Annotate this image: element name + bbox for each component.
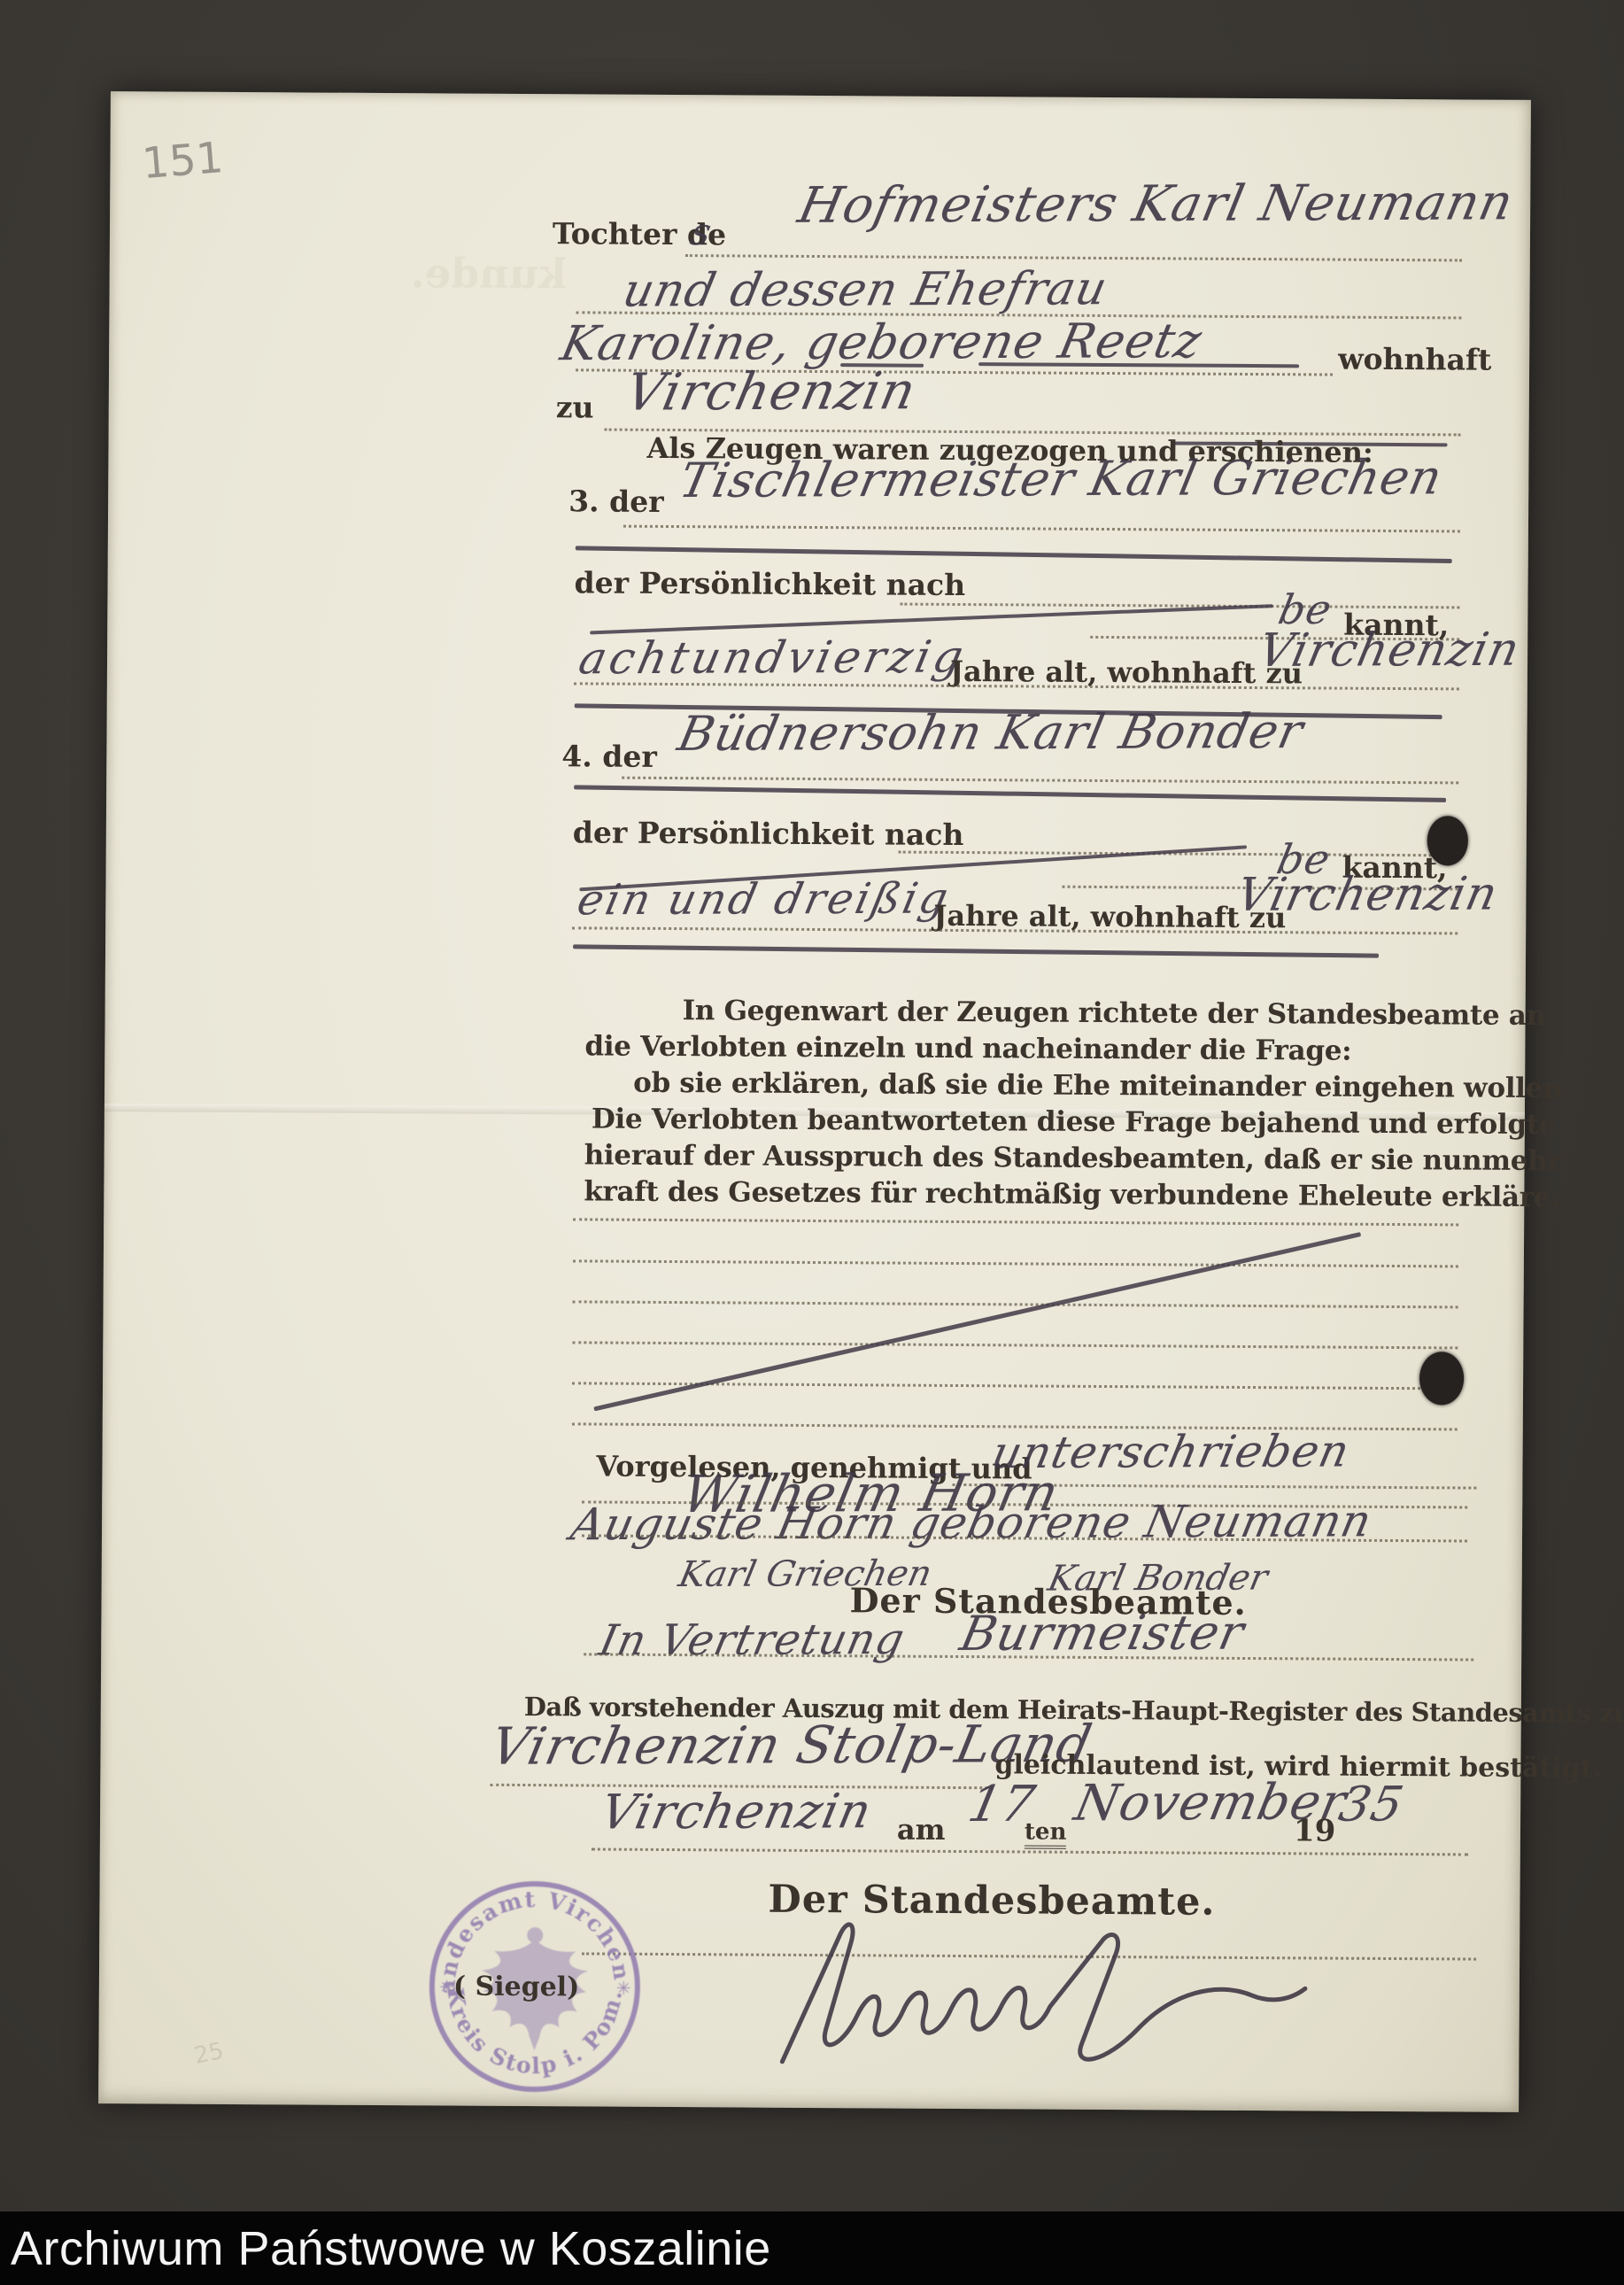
archive-footer-bar: Archiwum Państwowe w Koszalinie [0,2211,1624,2285]
hw-witness4-age: ein und dreißig [573,874,955,926]
official-signature-scrawl [755,1894,1367,2083]
ink-diagonal-strike [590,604,1273,634]
hw-witness4-residence: Virchenzin [1232,868,1503,922]
paragraph-line: hierauf der Ausspruch des Standesbeamten… [584,1137,1473,1179]
rule-line [592,1847,1468,1855]
printed-am: am [897,1813,946,1847]
printed-witness4-identity: der Persönlichkeit nach [573,815,964,852]
hw-deputy-prefix: In Vertretung [595,1615,909,1665]
paragraph-line: die Verlobten einzeln und nacheinander d… [584,1028,1474,1070]
printed-witness4-label: 4. der [561,739,657,774]
hw-witness4-name: Büdnersohn Karl Bonder [673,703,1308,762]
hw-residence: Virchenzin [621,360,922,422]
hw-witness3-residence: Virchenzin [1254,624,1525,678]
rule-line [573,1259,1458,1267]
printed-witness3-label: 3. der [568,484,664,519]
printed-century: 19 [1294,1813,1336,1848]
rule-line [573,1300,1458,1308]
paragraph-line: ob sie erklären, daß sie die Ehe miteina… [584,1065,1474,1106]
archive-footer-label: Archiwum Państwowe w Koszalinie [11,2221,771,2276]
hw-witness3-name: Tischlermeister Karl Griechen [675,449,1448,508]
printed-siegel-label: ( Siegel) [453,1971,580,2003]
printed-witness3-identity: der Persönlichkeit nach [574,565,965,602]
paragraph-line: kraft des Gesetzes für rechtmäßig verbun… [584,1173,1473,1215]
hole-punch-bottom [1419,1352,1464,1405]
paragraph-line: Die Verlobten beantworteten diese Frage … [584,1101,1474,1142]
ink-strike [574,785,1446,802]
ink-strike [573,944,1379,957]
archive-scan-page: { "archive_footer": { "label": "Archiwum… [0,0,1624,2285]
hw-witness3-age: achtundvierzig [575,631,971,685]
bleed-through-ghost: kunde. [411,249,568,298]
rule-line [685,254,1462,261]
ceremony-paragraph: In Gegenwart der Zeugen richtete der Sta… [584,992,1474,1215]
pencil-corner-note: 25 [192,2038,226,2070]
hw-father-name: Hofmeisters Karl Neumann [793,174,1519,234]
printed-day-suffix: ten [1025,1818,1067,1848]
document-paper: 151 kunde. Tochter de s Hofmeisters Karl… [98,91,1531,2112]
hw-parents-line2: und dessen Ehefrau [618,262,1112,317]
printed-wohnhaft: wohnhaft [1338,342,1491,377]
printed-zu: zu [556,390,594,424]
rule-line [622,777,1458,785]
rule-line [623,525,1460,533]
hw-date-place: Virchenzin [596,1783,877,1840]
hw-deputy-name: Burmeister [955,1605,1249,1661]
rule-line [572,1341,1458,1349]
paragraph-line: In Gegenwart der Zeugen richtete der Sta… [584,992,1474,1034]
pencil-page-number: 151 [140,133,225,189]
hw-signature-bride: Auguste Horn geborene Neumann [567,1495,1377,1550]
hw-year: 35 [1334,1776,1409,1832]
ink-strike [576,546,1452,563]
rule-line [573,1218,1458,1226]
